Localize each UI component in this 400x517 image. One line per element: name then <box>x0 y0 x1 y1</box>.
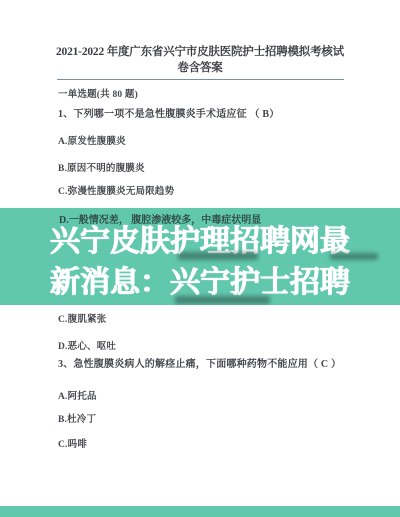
question-1-option-b: B.原因不明的腹膜炎 <box>58 163 145 175</box>
page-title-line2: 卷含答案 <box>42 60 358 76</box>
obscured-text-smudge <box>178 252 258 260</box>
question-3-option-c: C.吗啡 <box>58 439 87 451</box>
question-2-option-d: D.恶心、呕吐 <box>58 341 116 353</box>
title-underline-rule <box>57 79 344 80</box>
exam-paper-screenshot: 2021-2022 年度广东省兴宁市皮肤医院护士招聘模拟考核试 卷含答案 一单选… <box>0 0 400 517</box>
section-heading: 一单选题(共 80 题) <box>58 89 138 101</box>
bottom-teal-strip <box>0 506 400 517</box>
promo-headline: 兴宁皮肤护理招聘网最 新消息：兴宁护士招聘 <box>0 221 400 303</box>
question-3-option-a: A.阿托品 <box>58 391 97 403</box>
question-3-option-b: B.杜冷丁 <box>58 414 96 426</box>
obscured-text-smudge <box>330 253 378 260</box>
question-3-stem: 3、急性腹膜炎病人的解痉止痛，下面哪种药物不能应用（ C ） <box>58 359 341 371</box>
question-1-option-c: C.弥漫性腹膜炎无局限趋势 <box>58 186 174 198</box>
promo-overlay-banner: D.一般情况差， 腹腔渗液较多，中毒症状明显 兴宁皮肤护理招聘网最 新消息：兴宁… <box>0 208 400 305</box>
question-1-option-a: A.原发性腹膜炎 <box>58 136 126 148</box>
obscured-text-smudge <box>175 296 270 304</box>
page-title: 2021-2022 年度广东省兴宁市皮肤医院护士招聘模拟考核试 卷含答案 <box>42 44 358 76</box>
page-title-line1: 2021-2022 年度广东省兴宁市皮肤医院护士招聘模拟考核试 <box>42 44 358 60</box>
question-2-option-c: C.腹肌紧张 <box>58 314 106 326</box>
question-1-stem: 1、下列哪一项不是急性腹膜炎手术适应征 （ B） <box>58 109 279 121</box>
